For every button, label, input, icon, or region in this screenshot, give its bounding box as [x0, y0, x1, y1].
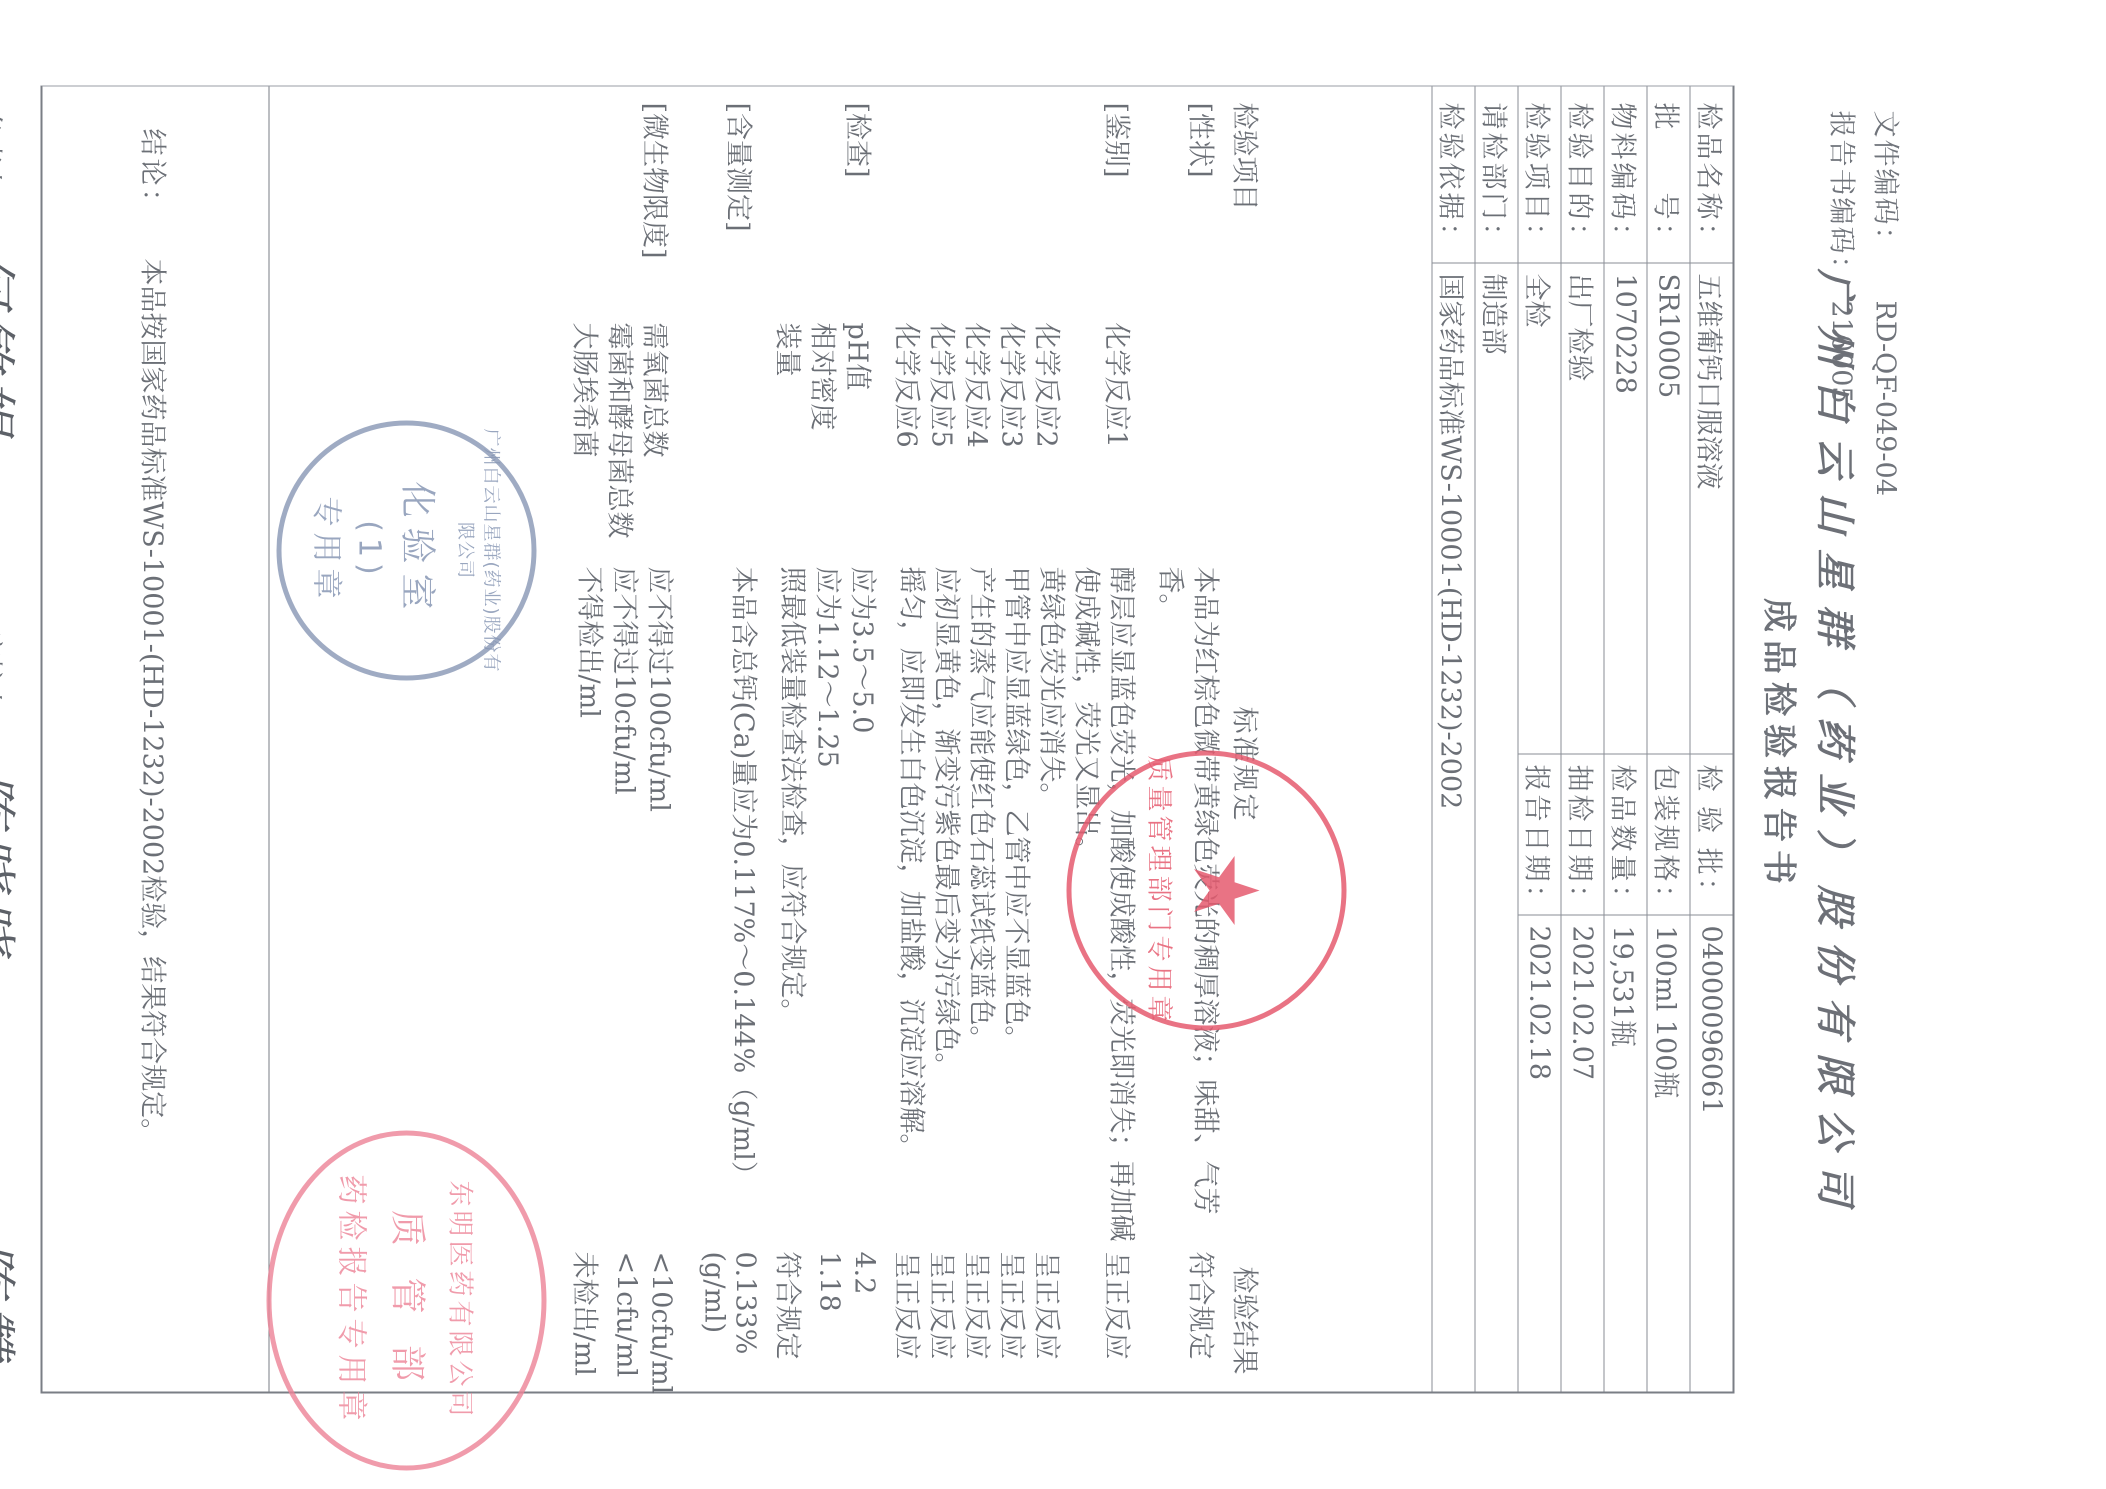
item-standard: 应初显黄色，渐变污紫色最后变为污绿色。 [928, 566, 963, 1256]
header-result: 检验结果 [1227, 1266, 1266, 1374]
item-name: 霉菌和酵母菌总数 [602, 322, 641, 538]
item-standard: 黄绿色荧光应消失。 [1033, 566, 1068, 1256]
conclusion-label: 结论： [136, 86, 175, 258]
info-row: 物料编码：1070228检品数量：19,531瓶 [1603, 86, 1646, 1391]
conclusion-section: 结论： 本品按国家药品标准WS-10001-(HD-1232)-2002检验，结… [42, 86, 269, 1391]
info-label: 检品数量： [1604, 754, 1646, 915]
header-item: 检验项目 [1227, 102, 1266, 210]
item-name: 化学反应6 [889, 322, 928, 447]
info-label: 检 验 批： [1690, 754, 1732, 915]
responsible-label: 负责人： [0, 110, 11, 218]
responsible-signature: 负责人： 何敏娟 [0, 110, 31, 440]
info-label: 检验依据： [1432, 86, 1474, 263]
reviewer-label: 审核人： [0, 630, 11, 738]
file-code: RD-QF-049-04 [1862, 300, 1906, 495]
info-value: 19,531瓶 [1604, 915, 1646, 1391]
section-label: [微生物限度] [637, 102, 676, 258]
info-row: 检验项目：全检报告日期：2021.02.18 [1517, 86, 1560, 1391]
item-name: 装量 [770, 322, 809, 376]
item-standard: 摇匀，应即发生白色沉淀，加盐酸，沉淀应溶解。 [893, 566, 928, 1256]
item-result: <10cfu/ml [645, 1251, 676, 1394]
inspector-signature: 检验人： 陈赞文 [0, 1110, 31, 1410]
item-standard: 本品含总钙(Ca)量应为0.117%～0.144%（g/ml） [725, 566, 760, 1256]
item-name: 大肠埃希菌 [567, 322, 606, 457]
info-row: 检验目的：出厂检验抽检日期：2021.02.07 [1560, 86, 1603, 1391]
item-standard: 应为1.12～1.25 [809, 566, 844, 1256]
info-label: 检品名称： [1690, 86, 1732, 263]
info-value: 制造部 [1475, 263, 1517, 1391]
section-label: [鉴别] [1099, 102, 1138, 177]
item-result: 呈正反应 [1029, 1251, 1068, 1359]
company-name: 广州白云山星群（药业）股份有限公司 [1809, 0, 1866, 1489]
item-name: 化学反应3 [994, 322, 1033, 447]
item-result: 呈正反应 [994, 1251, 1033, 1359]
item-result: 0.133%(g/ml) [698, 1251, 760, 1391]
section-label: [性状] [1183, 102, 1222, 177]
section-label: [含量测定] [721, 102, 760, 231]
item-standard: 照最低装量检查法检查，应符合规定。 [774, 566, 809, 1256]
info-value: 国家药品标准WS-10001-(HD-1232)-2002 [1432, 263, 1474, 1391]
info-label: 抽检日期： [1561, 754, 1603, 915]
item-standard: 应不得过100cfu/ml [641, 566, 676, 1256]
responsible-name: 何敏娟 [0, 248, 31, 440]
report-title: 成品检验报告书 [1757, 0, 1806, 1489]
info-value: 出厂检验 [1561, 263, 1603, 754]
stamp-arc-text: 东明医药有限公司 [443, 1180, 480, 1420]
lab-stamp-blue: 广州白云山星群(药业)股份有限公司 化验室 (1) 专用章 [276, 420, 536, 680]
item-result: 1.18 [813, 1251, 844, 1311]
info-label: 检验项目： [1518, 86, 1560, 263]
info-value: 04000096061 [1690, 915, 1732, 1391]
conclusion-text: 本品按国家药品标准WS-10001-(HD-1232)-2002检验，结果符合规… [136, 258, 175, 1145]
info-row: 检验依据：国家药品标准WS-10001-(HD-1232)-2002 [1431, 86, 1474, 1391]
item-result: <1cfu/ml [610, 1251, 641, 1377]
info-row: 批 号：SR10005包装规格：100ml 100瓶 [1646, 86, 1689, 1391]
item-standard: 应为3.5～5.0 [844, 566, 879, 1256]
star-icon: ★ [1180, 850, 1270, 931]
item-name: 化学反应2 [1029, 322, 1068, 447]
item-result: 呈正反应 [889, 1251, 928, 1359]
item-result: 呈正反应 [924, 1251, 963, 1359]
info-label: 包装规格： [1647, 754, 1689, 915]
info-value: 2021.02.18 [1518, 915, 1560, 1391]
info-label: 检验目的： [1561, 86, 1603, 263]
stamp-bottom-text: 药检报告专用章 [332, 1174, 376, 1426]
item-result: 符合规定 [1183, 1251, 1222, 1359]
stamp-num: (1) [351, 520, 386, 581]
info-label: 批 号： [1647, 86, 1689, 263]
item-name: pH值 [840, 322, 879, 390]
item-standard: 应不得过10cfu/ml [606, 566, 641, 1256]
info-value: 100ml 100瓶 [1647, 915, 1689, 1391]
info-grid: 检品名称：五维葡钙口服溶液检 验 批：04000096061批 号：SR1000… [1431, 86, 1732, 1391]
item-result: 未检出/ml [567, 1251, 606, 1375]
reviewer-signature: 审核人： 陈晓晓 [0, 630, 31, 960]
item-name: 化学反应4 [959, 322, 998, 447]
info-label: 物料编码： [1604, 86, 1646, 263]
item-standard: 产生的蒸气应能使红色石蕊试纸变蓝色。 [963, 566, 998, 1256]
info-row: 检品名称：五维葡钙口服溶液检 验 批：04000096061 [1689, 86, 1732, 1391]
info-label: 报告日期： [1518, 754, 1560, 915]
info-value: 1070228 [1604, 263, 1646, 754]
stamp-text: 质量管理部门专用章 [1143, 755, 1180, 1025]
item-name: 需氧菌总数 [637, 322, 676, 457]
info-label: 请检部门： [1475, 86, 1517, 263]
item-name: 化学反应5 [924, 322, 963, 447]
report-stamp-pink: 东明医药有限公司 质 管 部 药检报告专用章 [266, 1130, 546, 1470]
item-standard: 不得检出/ml [571, 566, 606, 1256]
file-code-label: 文件编码： [1862, 110, 1906, 300]
item-standard: 甲管中应显蓝绿色，乙管中应不显蓝色。 [998, 566, 1033, 1256]
item-result: 符合规定 [770, 1251, 809, 1359]
info-value: 2021.02.07 [1561, 915, 1603, 1391]
stamp-mid-text: 化验室 [394, 481, 445, 619]
info-value: 五维葡钙口服溶液 [1690, 263, 1732, 754]
stamp-mid-text: 质 管 部 [384, 1210, 435, 1391]
item-result: 4.2 [848, 1251, 879, 1294]
item-result: 呈正反应 [959, 1251, 998, 1359]
info-row: 请检部门：制造部 [1474, 86, 1517, 1391]
quality-stamp-red: ★ 质量管理部门专用章 [1066, 750, 1346, 1030]
item-name: 相对密度 [805, 322, 844, 430]
item-result: 呈正反应 [1099, 1251, 1138, 1359]
item-name: 化学反应1 [1099, 322, 1138, 447]
inspector-name: 陈赞文 [0, 1237, 31, 1410]
info-value: 全检 [1518, 263, 1560, 754]
section-label: [检查] [840, 102, 879, 177]
inspection-report-page: 文件编码：RD-QF-049-04 报告书编码：210005 广州白云山星群（药… [0, 0, 2106, 1489]
reviewer-name: 陈晓晓 [0, 768, 31, 960]
stamp-arc-text: 广州白云山星群(药业)股份有限公司 [453, 425, 505, 675]
info-value: SR10005 [1647, 263, 1689, 754]
stamp-bottom-text: 专用章 [307, 496, 351, 604]
